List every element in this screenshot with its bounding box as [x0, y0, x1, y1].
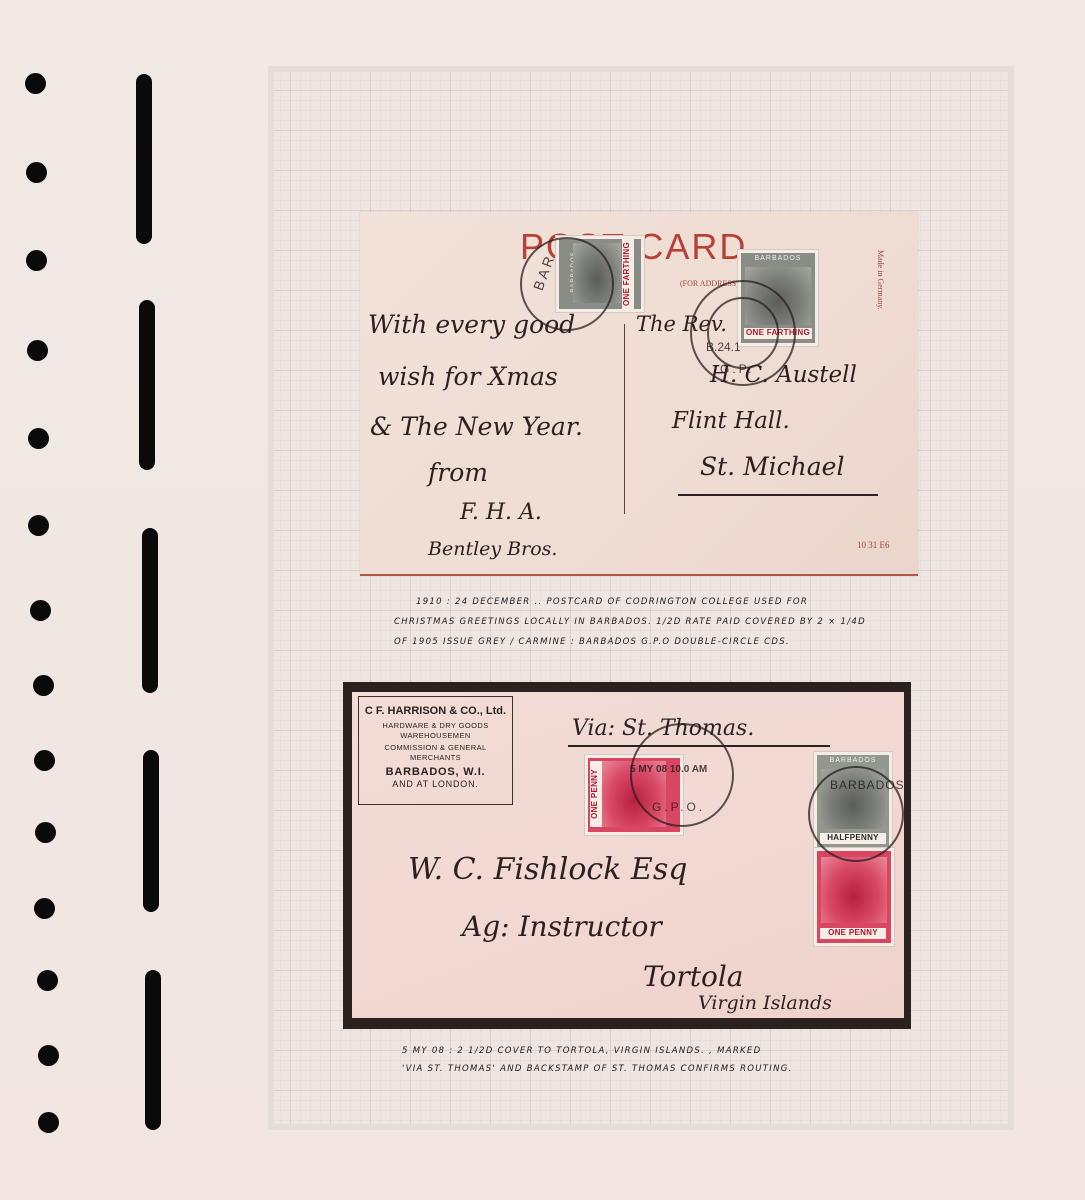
- binding-slot: [142, 528, 158, 693]
- message-line: With every good: [368, 310, 575, 339]
- postcard-divider: [624, 324, 625, 514]
- corner-card: C F. HARRISON & CO., Ltd. HARDWARE & DRY…: [358, 696, 513, 805]
- stamp-one-penny-2: ONE PENNY: [814, 848, 894, 946]
- address-line: Flint Hall.: [672, 408, 790, 434]
- corner-card-name: C F. HARRISON & CO., Ltd.: [359, 705, 512, 717]
- corner-card-line: HARDWARE & DRY GOODS: [359, 721, 512, 731]
- message-line: wish for Xmas: [378, 362, 558, 391]
- binding-hole: [30, 600, 51, 621]
- caption-line: 5 MY 08 : 2 1/2d cover to Tortola, Virgi…: [402, 1042, 793, 1060]
- binding-slot: [136, 74, 152, 244]
- address-line: St. Michael: [700, 452, 844, 481]
- binding-hole: [38, 1112, 59, 1133]
- binding-hole: [33, 675, 54, 696]
- postmark-text: BARBADOS: [830, 778, 905, 792]
- corner-card-line: WAREHOUSEMEN: [359, 731, 512, 741]
- message-line: Bentley Bros.: [428, 538, 557, 560]
- stamp-value: ONE PENNY: [590, 761, 602, 827]
- binding-slot: [145, 970, 161, 1130]
- binding-hole: [37, 970, 58, 991]
- binding-hole: [34, 750, 55, 771]
- binding-hole: [26, 250, 47, 271]
- stamp-value: ONE PENNY: [820, 928, 886, 939]
- stamp-vignette: [821, 857, 887, 923]
- message-line: from: [428, 458, 488, 487]
- made-in-label: Made in Germany.: [876, 250, 885, 310]
- binding-hole: [26, 162, 47, 183]
- binding-slot: [139, 300, 155, 470]
- binding-hole: [25, 73, 46, 94]
- stamp-value: ONE FARTHING: [622, 239, 634, 309]
- stamp-country: BARBADOS: [741, 255, 815, 262]
- address-line: Virgin Islands: [698, 992, 832, 1014]
- address-underline: [678, 494, 878, 496]
- caption-line: 'Via St. Thomas' and backstamp of St. Th…: [402, 1060, 793, 1078]
- address-line: Ag: Instructor: [462, 910, 662, 943]
- address-line: H. C. Austell: [710, 362, 857, 388]
- binding-hole: [28, 428, 49, 449]
- caption-item1: 1910 : 24 December .. Postcard of Codrin…: [398, 592, 866, 652]
- stamp-country: BARBADOS: [817, 757, 889, 764]
- address-line: Tortola: [643, 960, 744, 993]
- binding-hole: [27, 340, 48, 361]
- postmark-office: G.P.O.: [652, 800, 705, 814]
- binding-hole: [38, 1045, 59, 1066]
- postmark-date: B.24.1: [706, 340, 741, 354]
- caption-item2: 5 MY 08 : 2 1/2d cover to Tortola, Virgi…: [402, 1042, 793, 1078]
- printer-code: 10 31 E6: [857, 540, 890, 550]
- album-page: POST CARD (FOR ADDRESS) Made in Germany.…: [0, 0, 1085, 1200]
- caption-line: of 1905 issue grey / carmine : Barbados …: [394, 632, 866, 652]
- corner-card-london: AND AT LONDON.: [359, 779, 512, 789]
- corner-card-line: MERCHANTS: [359, 753, 512, 763]
- message-line: F. H. A.: [460, 500, 542, 525]
- corner-card-line: COMMISSION & GENERAL: [359, 743, 512, 753]
- binding-hole: [34, 898, 55, 919]
- message-line: & The New Year.: [370, 412, 583, 441]
- postcard: POST CARD (FOR ADDRESS) Made in Germany.…: [360, 212, 918, 576]
- binding-hole: [28, 515, 49, 536]
- caption-line: 1910 : 24 December .. Postcard of Codrin…: [398, 592, 866, 612]
- binding-hole: [35, 822, 56, 843]
- binding-slot: [143, 750, 159, 912]
- address-line: The Rev.: [636, 312, 727, 336]
- caption-line: Christmas Greetings locally in Barbados.…: [394, 612, 866, 632]
- address-line: W. C. Fishlock Esq: [408, 852, 687, 887]
- corner-card-city: BARBADOS, W.I.: [359, 766, 512, 778]
- postmark-date: 5 MY 08 10.0 AM: [630, 764, 707, 775]
